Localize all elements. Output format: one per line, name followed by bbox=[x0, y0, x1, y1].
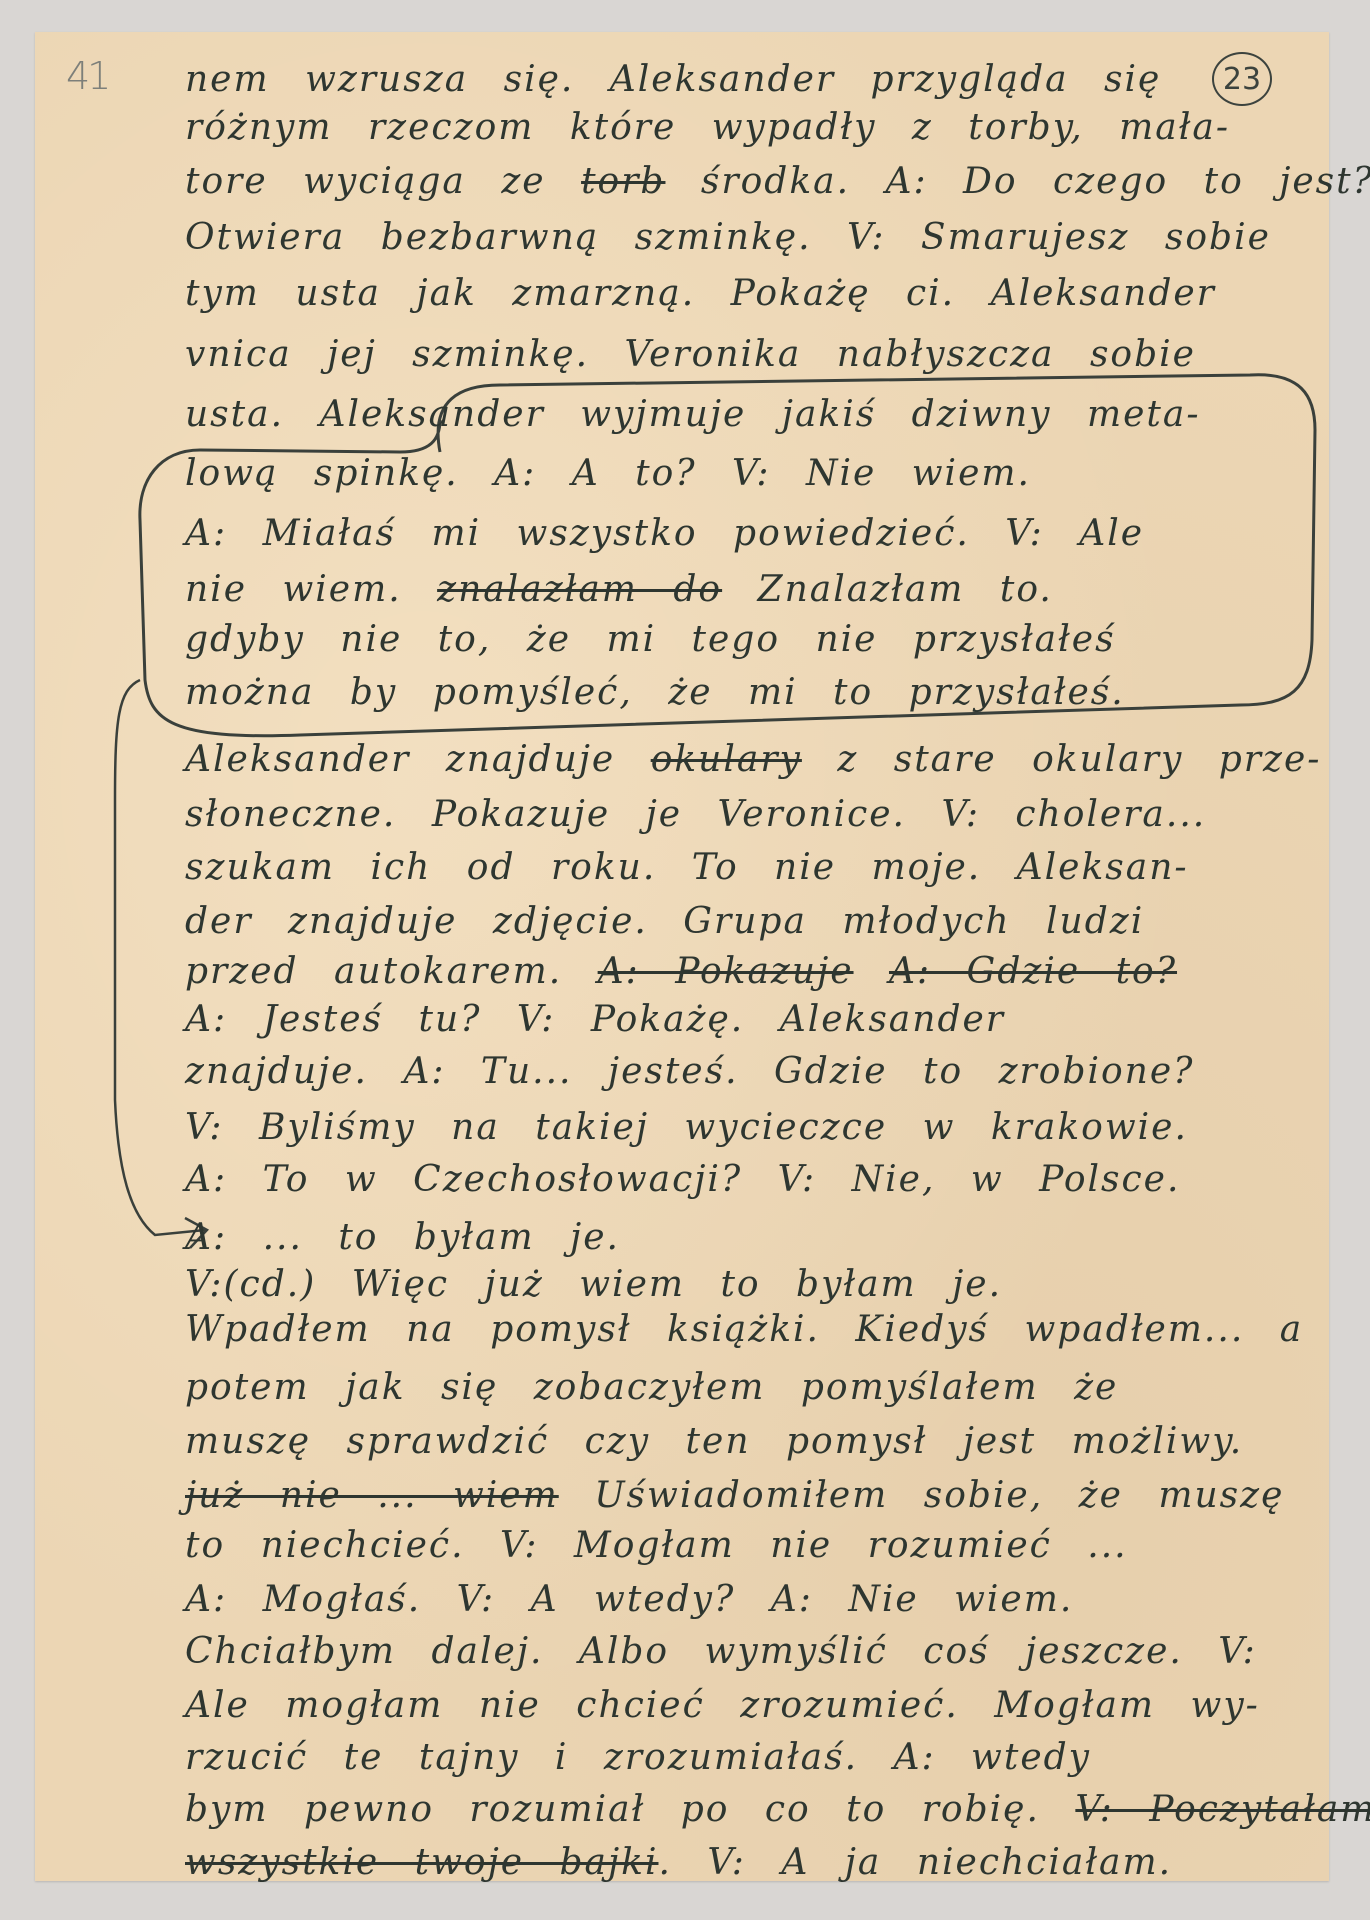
manuscript-line: Chciałbym dalej. Albo wymyślić coś jeszc… bbox=[185, 1634, 1257, 1670]
struck-text: okulary bbox=[651, 739, 802, 780]
line-text: gdyby nie to, że mi tego nie przysłałeś bbox=[185, 619, 1116, 660]
manuscript-line: różnym rzeczom które wypadły z torby, ma… bbox=[185, 110, 1230, 146]
manuscript-line: tym usta jak zmarzną. Pokażę ci. Aleksan… bbox=[185, 276, 1216, 312]
manuscript-line: Otwiera bezbarwną szminkę. V: Smarujesz … bbox=[185, 220, 1271, 256]
manuscript-line: A: ... to byłam je. bbox=[185, 1220, 620, 1256]
line-text: Ale mogłam nie chcieć zrozumieć. Mogłam … bbox=[185, 1685, 1260, 1726]
manuscript-line: nem wzrusza się. Aleksander przygląda si… bbox=[185, 62, 1161, 98]
manuscript-line: nie wiem. znalazłam do Znalazłam to. bbox=[185, 572, 1053, 608]
struck-text: torb bbox=[581, 161, 665, 202]
manuscript-line: Aleksander znajduje okulary z stare okul… bbox=[185, 742, 1321, 778]
struck-text: znalazłam do bbox=[437, 569, 722, 610]
manuscript-line: vnica jej szminkę. Veronika nabłyszcza s… bbox=[185, 337, 1196, 373]
manuscript-line: słoneczne. Pokazuje je Veronice. V: chol… bbox=[185, 797, 1206, 833]
manuscript-line: wszystkie twoje bajki. V: A ja niechciał… bbox=[185, 1845, 1172, 1881]
manuscript-line: lową spinkę. A: A to? V: Nie wiem. bbox=[185, 456, 1031, 492]
manuscript-line: muszę sprawdzić czy ten pomysł jest możl… bbox=[185, 1424, 1243, 1460]
line-text: . V: A ja niechciałam. bbox=[658, 1842, 1172, 1883]
manuscript-line: znajduje. A: Tu... jesteś. Gdzie to zrob… bbox=[185, 1054, 1194, 1090]
line-text: potem jak się zobaczyłem pomyślałem że bbox=[185, 1367, 1118, 1408]
line-text: A: Jesteś tu? V: Pokażę. Aleksander bbox=[185, 999, 1005, 1040]
line-text: A: Mogłaś. V: A wtedy? A: Nie wiem. bbox=[185, 1579, 1073, 1620]
struck-text: wszystkie twoje bajki bbox=[185, 1842, 658, 1883]
manuscript-line: Wpadłem na pomysł książki. Kiedyś wpadłe… bbox=[185, 1312, 1303, 1348]
manuscript-line: można by pomyśleć, że mi to przysłałeś. bbox=[185, 675, 1125, 711]
line-text: nem wzrusza się. Aleksander przygląda si… bbox=[185, 59, 1161, 100]
manuscript-line: der znajduje zdjęcie. Grupa młodych ludz… bbox=[185, 904, 1144, 940]
manuscript-line: bym pewno rozumiał po co to robię. V: Po… bbox=[185, 1792, 1370, 1828]
line-text: z stare okulary prze- bbox=[802, 739, 1322, 780]
manuscript-line: gdyby nie to, że mi tego nie przysłałeś bbox=[185, 622, 1116, 658]
manuscript-line: szukam ich od roku. To nie moje. Aleksan… bbox=[185, 850, 1189, 886]
manuscript-line: A: Jesteś tu? V: Pokażę. Aleksander bbox=[185, 1002, 1005, 1038]
line-text: tore wyciąga ze bbox=[185, 161, 581, 202]
line-text: Wpadłem na pomysł książki. Kiedyś wpadłe… bbox=[185, 1309, 1303, 1350]
struck-text: A: Pokazuje bbox=[598, 951, 854, 992]
line-text: nie wiem. bbox=[185, 569, 437, 610]
page-number: 23 bbox=[1212, 52, 1272, 106]
line-text: tym usta jak zmarzną. Pokażę ci. Aleksan… bbox=[185, 273, 1216, 314]
manuscript-line: V: Byliśmy na takiej wycieczce w krakowi… bbox=[185, 1110, 1188, 1146]
manuscript-line: A: To w Czechosłowacji? V: Nie, w Polsce… bbox=[185, 1162, 1180, 1198]
struck-text: już nie ... wiem bbox=[185, 1475, 559, 1516]
line-text: środka. A: Do czego to jest? bbox=[665, 161, 1370, 202]
line-text: przed autokarem. bbox=[185, 951, 598, 992]
line-text: lową spinkę. A: A to? V: Nie wiem. bbox=[185, 453, 1031, 494]
manuscript-line: rzucić te tajny i zrozumiałaś. A: wtedy bbox=[185, 1740, 1091, 1776]
manuscript-line: A: Mogłaś. V: A wtedy? A: Nie wiem. bbox=[185, 1582, 1073, 1618]
manuscript-line: to niechcieć. V: Mogłam nie rozumieć ... bbox=[185, 1528, 1128, 1564]
line-text: vnica jej szminkę. Veronika nabłyszcza s… bbox=[185, 334, 1196, 375]
line-text: V: Byliśmy na takiej wycieczce w krakowi… bbox=[185, 1107, 1188, 1148]
manuscript-line: usta. Aleksander wyjmuje jakiś dziwny me… bbox=[185, 397, 1201, 433]
manuscript-line: tore wyciąga ze torb środka. A: Do czego… bbox=[185, 164, 1370, 200]
line-text bbox=[854, 951, 889, 992]
struck-text: V: Poczytałam bbox=[1075, 1789, 1370, 1830]
manuscript-line: przed autokarem. A: Pokazuje A: Gdzie to… bbox=[185, 954, 1177, 990]
line-text: Uświadomiłem sobie, że muszę bbox=[559, 1475, 1285, 1516]
line-text: usta. Aleksander wyjmuje jakiś dziwny me… bbox=[185, 394, 1201, 435]
line-text: Otwiera bezbarwną szminkę. V: Smarujesz … bbox=[185, 217, 1271, 258]
line-text: A: ... to byłam je. bbox=[185, 1217, 620, 1258]
line-text: V:(cd.) Więc już wiem to byłam je. bbox=[185, 1264, 1002, 1305]
line-text: A: To w Czechosłowacji? V: Nie, w Polsce… bbox=[185, 1159, 1180, 1200]
manuscript-line: A: Miałaś mi wszystko powiedzieć. V: Ale bbox=[185, 516, 1144, 552]
page-number-text: 23 bbox=[1223, 62, 1261, 97]
manuscript-line: już nie ... wiem Uświadomiłem sobie, że … bbox=[185, 1478, 1284, 1514]
line-text: bym pewno rozumiał po co to robię. bbox=[185, 1789, 1075, 1830]
line-text: muszę sprawdzić czy ten pomysł jest możl… bbox=[185, 1421, 1243, 1462]
manuscript-line: Ale mogłam nie chcieć zrozumieć. Mogłam … bbox=[185, 1688, 1260, 1724]
line-text: różnym rzeczom które wypadły z torby, ma… bbox=[185, 107, 1230, 148]
line-text: Aleksander znajduje bbox=[185, 739, 651, 780]
line-text: A: Miałaś mi wszystko powiedzieć. V: Ale bbox=[185, 513, 1144, 554]
struck-text: A: Gdzie to? bbox=[889, 951, 1177, 992]
line-text: znajduje. A: Tu... jesteś. Gdzie to zrob… bbox=[185, 1051, 1194, 1092]
manuscript-line: potem jak się zobaczyłem pomyślałem że bbox=[185, 1370, 1118, 1406]
line-text: Chciałbym dalej. Albo wymyślić coś jeszc… bbox=[185, 1631, 1257, 1672]
manuscript-line: V:(cd.) Więc już wiem to byłam je. bbox=[185, 1267, 1002, 1303]
line-text: słoneczne. Pokazuje je Veronice. V: chol… bbox=[185, 794, 1206, 835]
archive-number: 41 bbox=[66, 54, 108, 98]
line-text: to niechcieć. V: Mogłam nie rozumieć ... bbox=[185, 1525, 1128, 1566]
line-text: der znajduje zdjęcie. Grupa młodych ludz… bbox=[185, 901, 1144, 942]
line-text: szukam ich od roku. To nie moje. Aleksan… bbox=[185, 847, 1189, 888]
line-text: rzucić te tajny i zrozumiałaś. A: wtedy bbox=[185, 1737, 1091, 1778]
line-text: można by pomyśleć, że mi to przysłałeś. bbox=[185, 672, 1125, 713]
line-text: Znalazłam to. bbox=[722, 569, 1053, 610]
